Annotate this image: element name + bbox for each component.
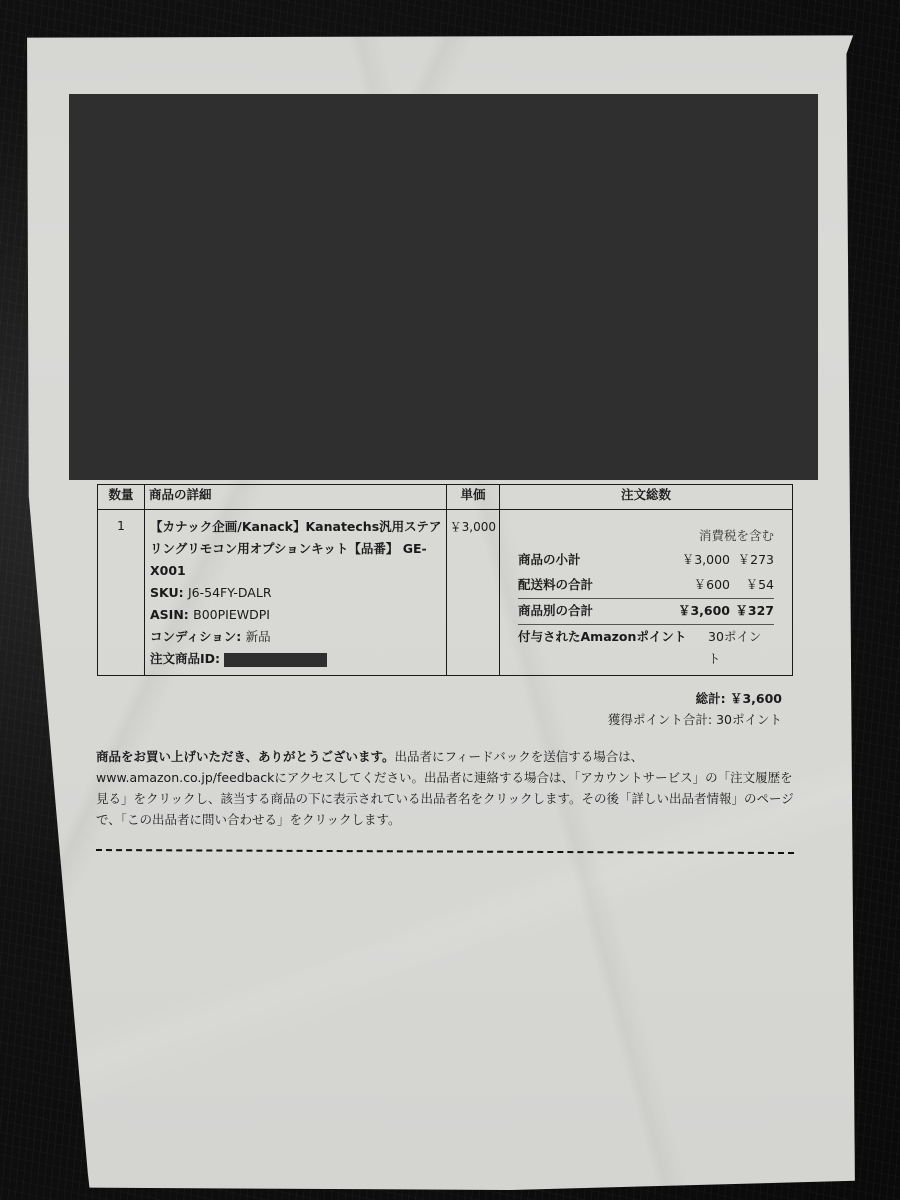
- header-order-total: 注文総数: [500, 485, 793, 510]
- redacted-header-block: [69, 94, 818, 480]
- asin-value: B00PIEWDPI: [193, 607, 270, 622]
- order-totals: 総計: ￥3,600 獲得ポイント合計: 30ポイント: [608, 688, 782, 730]
- subtotal-tax: ￥273: [730, 548, 774, 573]
- sku-label: SKU:: [150, 585, 184, 600]
- item-condition: コンディション: 新品: [150, 626, 442, 648]
- header-unit-price: 単価: [447, 485, 500, 510]
- asin-label: ASIN:: [150, 607, 189, 622]
- item-total-amount: ￥3,600: [660, 599, 730, 624]
- order-item-id-label: 注文商品ID:: [150, 651, 220, 666]
- table-row: 1 【カナック企画/Kanack】Kanatechs汎用ステアリングリモコン用オ…: [98, 510, 793, 676]
- shipping-tax: ￥54: [730, 573, 774, 598]
- shipping-amount: ￥600: [660, 573, 730, 598]
- points-value: 30ポイント: [708, 625, 770, 670]
- item-total-row: 商品別の合計 ￥3,600 ￥327: [518, 598, 774, 624]
- item-unit-price: ￥3,000: [447, 510, 500, 676]
- header-details: 商品の詳細: [145, 485, 447, 510]
- header-quantity: 数量: [98, 485, 145, 510]
- item-sku: SKU: J6-54FY-DALR: [150, 582, 442, 604]
- item-order-id: 注文商品ID:: [150, 648, 442, 670]
- item-details: 【カナック企画/Kanack】Kanatechs汎用ステアリングリモコン用オプシ…: [145, 510, 447, 676]
- tax-included-note: 消費税を含む: [518, 524, 774, 548]
- subtotal-row: 商品の小計 ￥3,000 ￥273: [518, 548, 774, 573]
- item-total-label: 商品別の合計: [518, 599, 660, 624]
- item-title: 【カナック企画/Kanack】Kanatechs汎用ステアリングリモコン用オプシ…: [150, 516, 442, 582]
- item-quantity: 1: [98, 510, 145, 676]
- order-items-table: 数量 商品の詳細 単価 注文総数 1 【カナック企画/Kanack】Kanate…: [97, 484, 793, 676]
- points-label: 付与されたAmazonポイント: [518, 625, 708, 670]
- points-row: 付与されたAmazonポイント 30ポイント: [518, 624, 774, 670]
- shipping-row: 配送料の合計 ￥600 ￥54: [518, 573, 774, 598]
- table-header-row: 数量 商品の詳細 単価 注文総数: [98, 485, 793, 510]
- condition-label: コンディション:: [150, 629, 241, 644]
- sku-value: J6-54FY-DALR: [188, 585, 272, 600]
- item-asin: ASIN: B00PIEWDPI: [150, 604, 442, 626]
- thank-you-message: 商品をお買い上げいただき、ありがとうございます。出品者にフィードバックを送信する…: [96, 746, 796, 830]
- subtotal-amount: ￥3,000: [660, 548, 730, 573]
- thank-you-lead: 商品をお買い上げいただき、ありがとうございます。: [96, 749, 395, 764]
- order-summary: 消費税を含む 商品の小計 ￥3,000 ￥273 配送料の合計 ￥600 ￥54…: [500, 510, 793, 676]
- points-total: 獲得ポイント合計: 30ポイント: [608, 709, 782, 730]
- grand-total: 総計: ￥3,600: [608, 688, 782, 709]
- item-total-tax: ￥327: [730, 599, 774, 624]
- condition-value: 新品: [246, 629, 271, 644]
- shipping-label: 配送料の合計: [518, 573, 660, 598]
- redacted-order-item-id: [224, 653, 327, 667]
- subtotal-label: 商品の小計: [518, 548, 660, 573]
